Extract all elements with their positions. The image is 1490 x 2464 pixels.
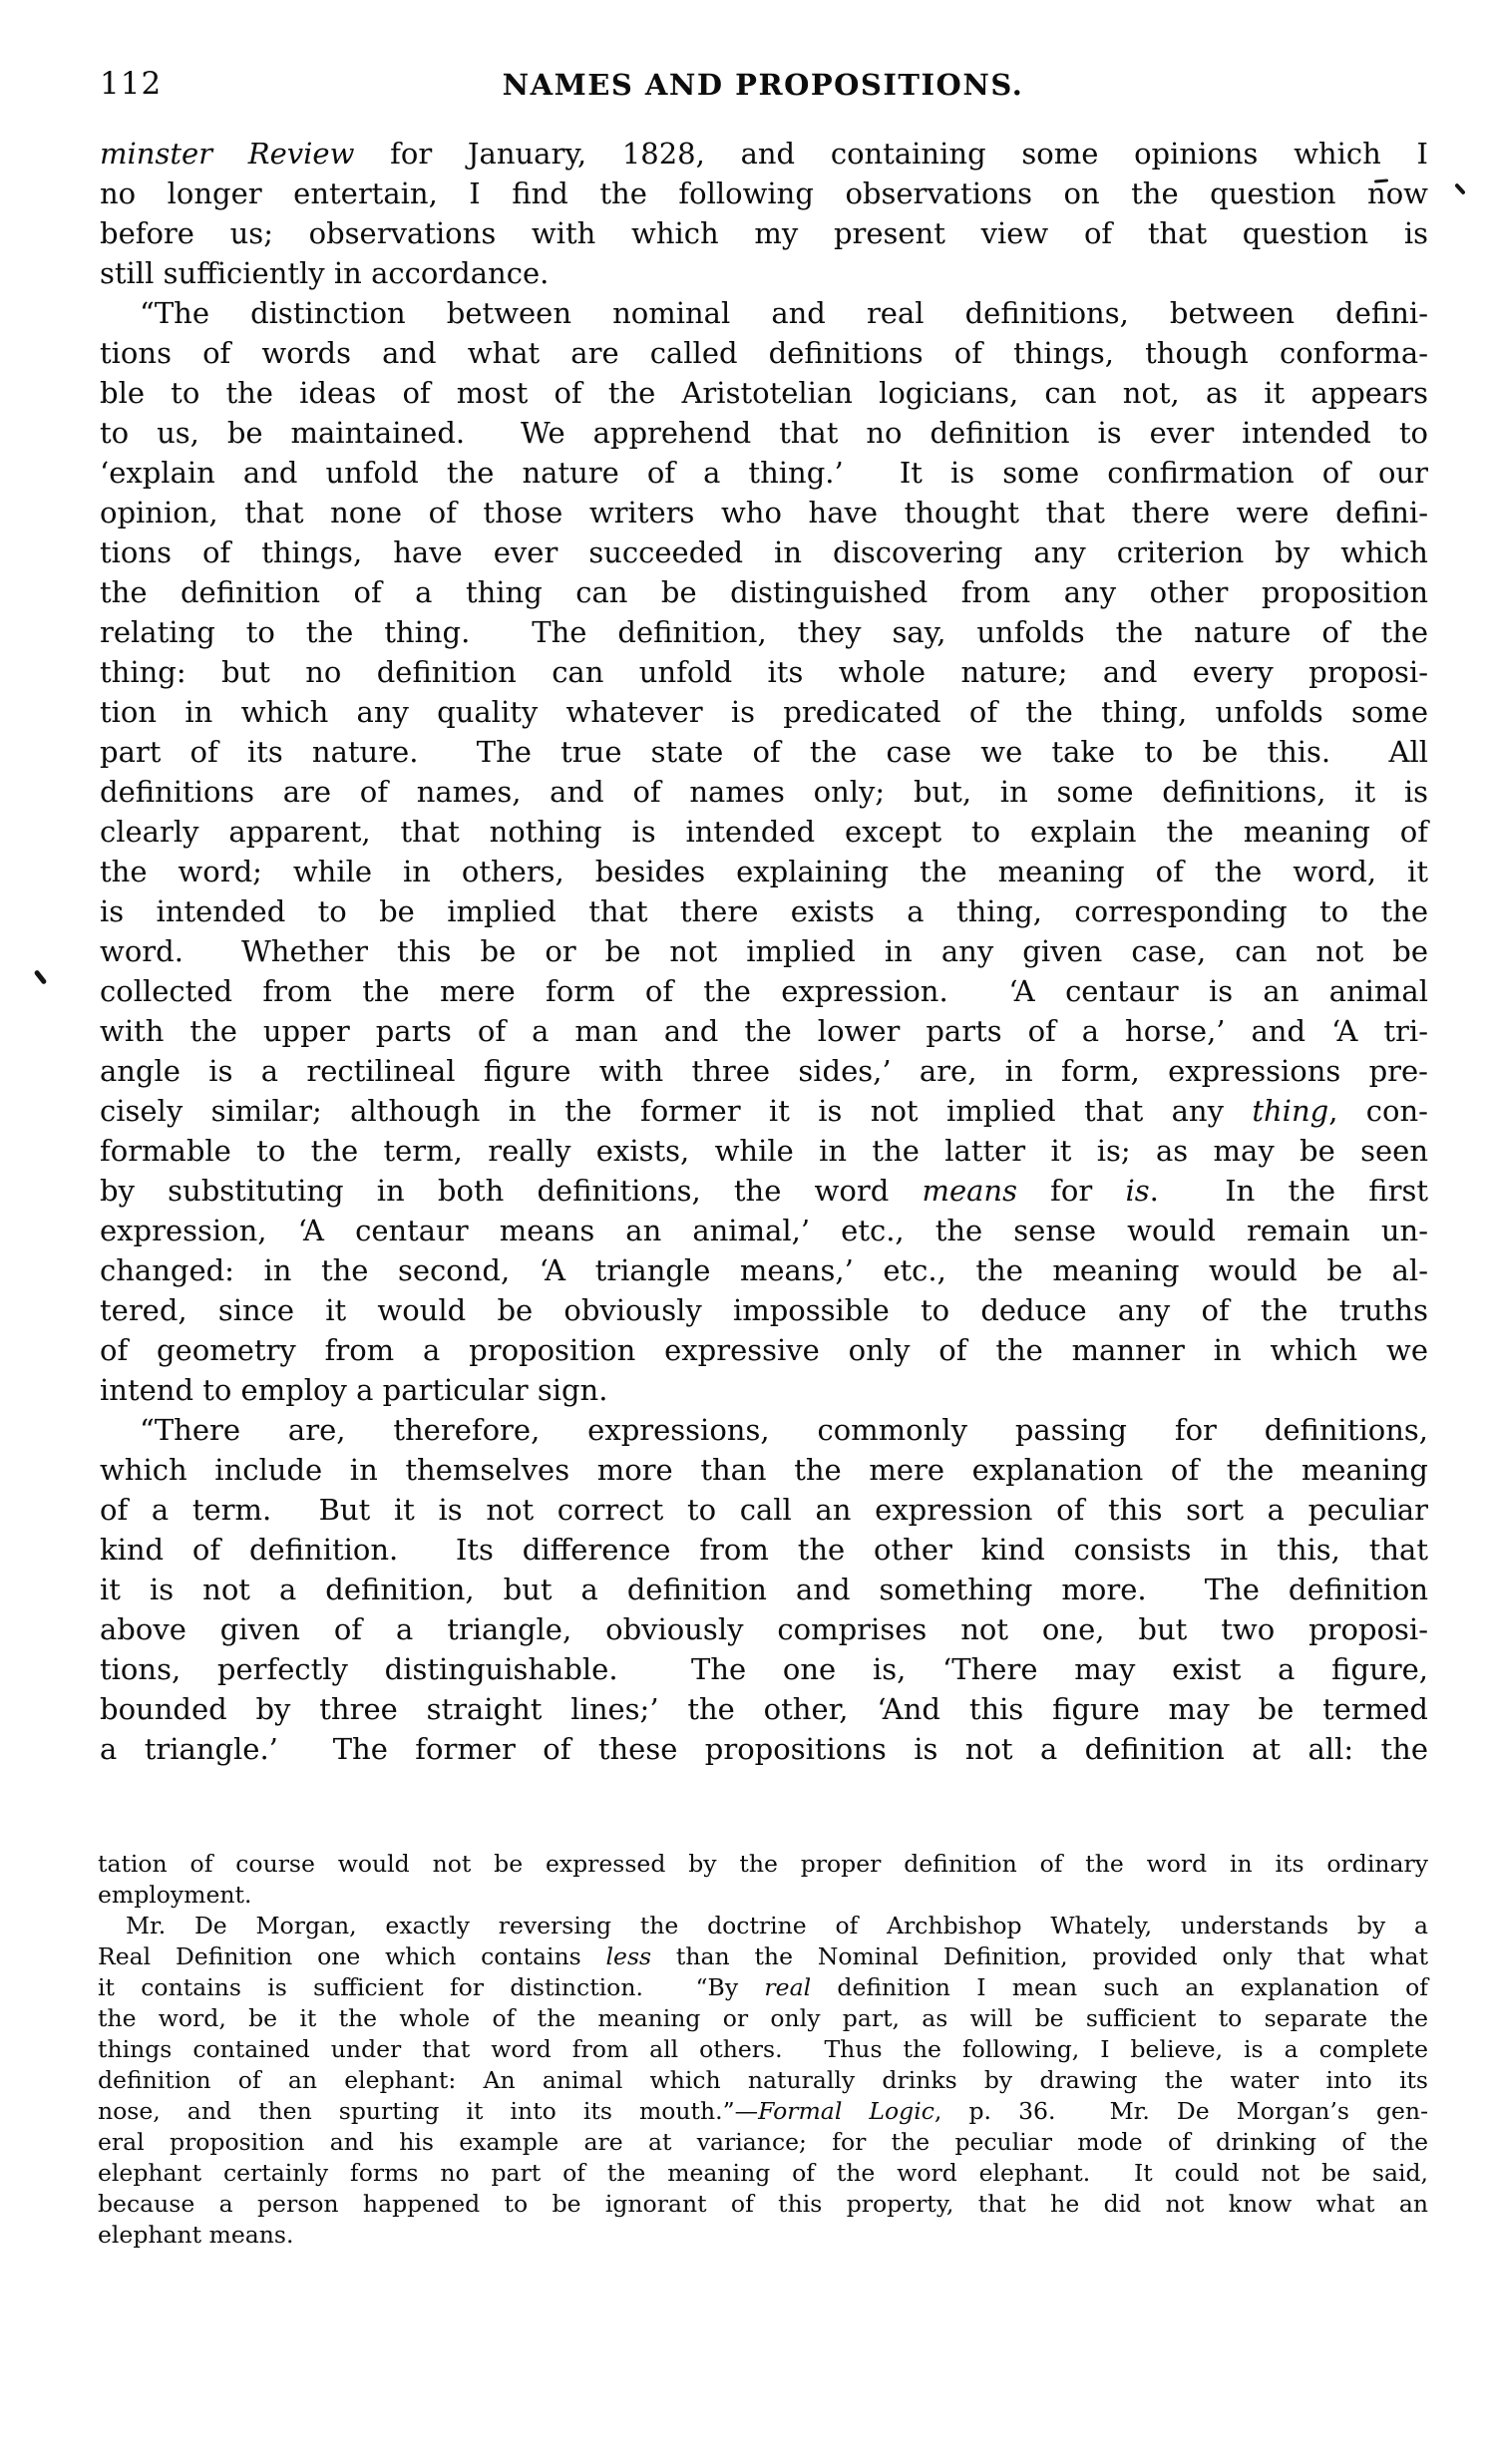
- text-line: Real Definition one which contains less …: [98, 1941, 1428, 1972]
- text-line: “The distinction between nominal and rea…: [100, 293, 1428, 333]
- scan-artifact-right-margin: [1454, 182, 1466, 194]
- text-line: Mr. De Morgan, exactly reversing the doc…: [98, 1911, 1428, 1941]
- text-line: opinion, that none of those writers who …: [100, 493, 1428, 532]
- text-line: with the upper parts of a man and the lo…: [100, 1011, 1428, 1051]
- text-line: still sufficiently in accordance.: [100, 253, 1428, 293]
- text-line: angle is a rectilineal figure with three…: [100, 1051, 1428, 1091]
- text-line: the word, be it the whole of the meaning…: [98, 2003, 1428, 2034]
- text-line: which include in themselves more than th…: [100, 1450, 1428, 1490]
- text-line: definitions are of names, and of names o…: [100, 772, 1428, 812]
- paragraph: “There are, therefore, expressions, comm…: [100, 1410, 1428, 1769]
- book-page: 112 NAMES AND PROPOSITIONS. minster Revi…: [0, 0, 1490, 2464]
- text-line: to us, be maintained. We apprehend that …: [100, 413, 1428, 453]
- page-title: NAMES AND PROPOSITIONS.: [100, 68, 1426, 102]
- text-line: word. Whether this be or be not implied …: [100, 931, 1428, 971]
- running-head: 112 NAMES AND PROPOSITIONS.: [100, 66, 1426, 110]
- body-paragraphs: minster Review for January, 1828, and co…: [100, 134, 1428, 1769]
- text-line: clearly apparent, that nothing is intend…: [100, 812, 1428, 852]
- text-line: things contained under that word from al…: [98, 2034, 1428, 2065]
- text-line: tered, since it would be obviously impos…: [100, 1290, 1428, 1330]
- text-line: nose, and then spurting it into its mout…: [98, 2096, 1428, 2127]
- text-line: bounded by three straight lines;’ the ot…: [100, 1689, 1428, 1729]
- paragraph: tation of course would not be expressed …: [98, 1849, 1428, 1911]
- text-line: a triangle.’ The former of these proposi…: [100, 1729, 1428, 1769]
- text-line: elephant means.: [98, 2220, 1428, 2251]
- text-line: by substituting in both definitions, the…: [100, 1171, 1428, 1211]
- text-line: because a person happened to be ignorant…: [98, 2189, 1428, 2220]
- text-line: ble to the ideas of most of the Aristote…: [100, 373, 1428, 413]
- text-line: definition of an elephant: An animal whi…: [98, 2065, 1428, 2096]
- text-line: is intended to be implied that there exi…: [100, 891, 1428, 931]
- text-line: cisely similar; although in the former i…: [100, 1091, 1428, 1131]
- text-line: of geometry from a proposition expressiv…: [100, 1330, 1428, 1370]
- text-line: it contains is sufficient for distinctio…: [98, 1972, 1428, 2003]
- text-line: of a term. But it is not correct to call…: [100, 1490, 1428, 1530]
- text-line: the definition of a thing can be disting…: [100, 572, 1428, 612]
- text-line: before us; observations with which my pr…: [100, 213, 1428, 253]
- text-line: tation of course would not be expressed …: [98, 1849, 1428, 1880]
- text-line: formable to the term, really exists, whi…: [100, 1131, 1428, 1171]
- paragraph: Mr. De Morgan, exactly reversing the doc…: [98, 1911, 1428, 2251]
- text-line: tions of things, have ever succeeded in …: [100, 532, 1428, 572]
- text-line: intend to employ a particular sign.: [100, 1370, 1428, 1410]
- text-line: kind of definition. Its difference from …: [100, 1530, 1428, 1570]
- text-line: no longer entertain, I find the followin…: [100, 174, 1428, 213]
- paragraph: minster Review for January, 1828, and co…: [100, 134, 1428, 293]
- text-line: eral proposition and his example are at …: [98, 2127, 1428, 2158]
- footnote-paragraphs: tation of course would not be expressed …: [98, 1849, 1428, 2251]
- text-line: minster Review for January, 1828, and co…: [100, 134, 1428, 174]
- text-line: above given of a triangle, obviously com…: [100, 1609, 1428, 1649]
- text-line: changed: in the second, ‘A triangle mean…: [100, 1250, 1428, 1290]
- text-line: ‘explain and unfold the nature of a thin…: [100, 453, 1428, 493]
- text-line: the word; while in others, besides expla…: [100, 852, 1428, 891]
- text-line: part of its nature. The true state of th…: [100, 732, 1428, 772]
- text-line: thing: but no definition can unfold its …: [100, 652, 1428, 692]
- text-line: tions, perfectly distinguishable. The on…: [100, 1649, 1428, 1689]
- paragraph: “The distinction between nominal and rea…: [100, 293, 1428, 1410]
- text-line: employment.: [98, 1880, 1428, 1911]
- text-line: it is not a definition, but a definition…: [100, 1570, 1428, 1609]
- text-line: “There are, therefore, expressions, comm…: [100, 1410, 1428, 1450]
- text-line: collected from the mere form of the expr…: [100, 971, 1428, 1011]
- text-line: relating to the thing. The definition, t…: [100, 612, 1428, 652]
- text-line: tions of words and what are called defin…: [100, 333, 1428, 373]
- scan-artifact-left-margin: [34, 969, 48, 985]
- text-line: tion in which any quality whatever is pr…: [100, 692, 1428, 732]
- text-line: elephant certainly forms no part of the …: [98, 2158, 1428, 2189]
- text-line: expression, ‘A centaur means an animal,’…: [100, 1211, 1428, 1250]
